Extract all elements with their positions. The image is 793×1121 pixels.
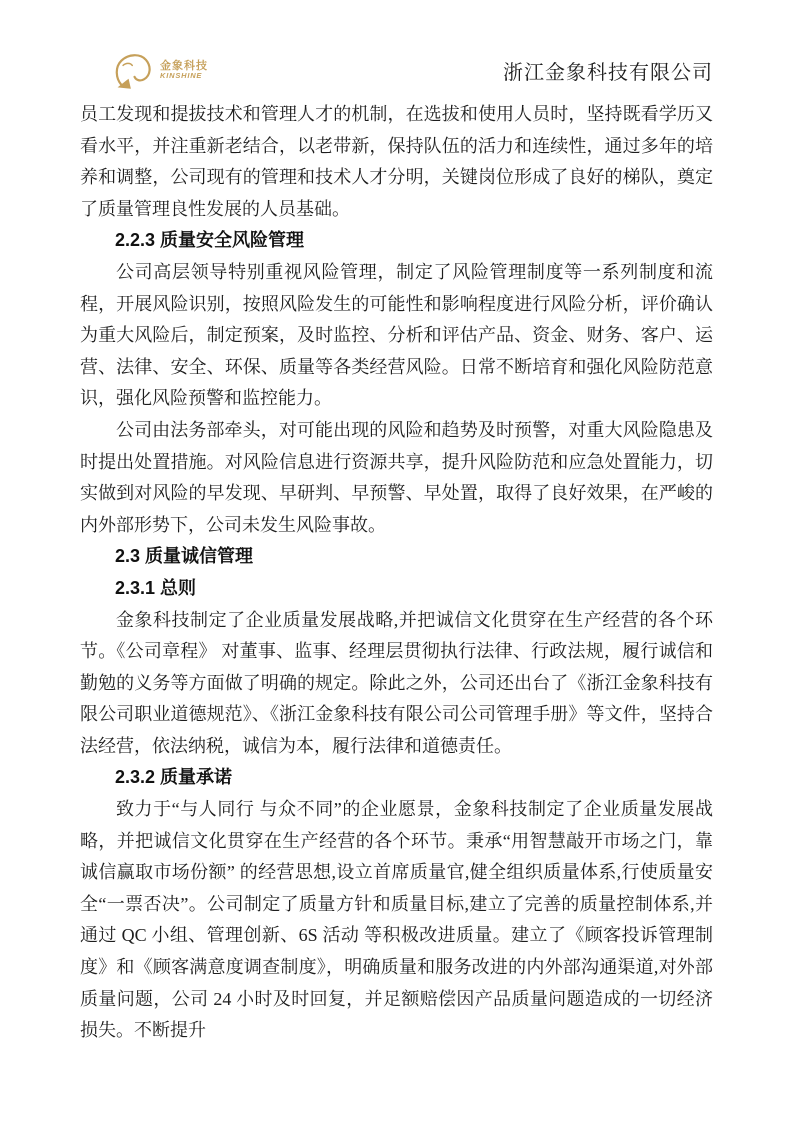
- document-body: 员工发现和提拔技术和管理人才的机制，在选拔和使用人员时，坚持既看学历又看水平，并…: [80, 99, 713, 1047]
- header-company-name: 浙江金象科技有限公司: [503, 56, 713, 85]
- body-paragraph: 员工发现和提拔技术和管理人才的机制，在选拔和使用人员时，坚持既看学历又看水平，并…: [80, 99, 713, 225]
- page-header: 金象科技 KINSHINE 浙江金象科技有限公司: [113, 46, 713, 94]
- body-paragraph: 公司高层领导特别重视风险管理，制定了风险管理制度等一系列制度和流程，开展风险识别…: [80, 257, 713, 415]
- company-logo: 金象科技 KINSHINE: [113, 47, 208, 93]
- document-page: 金象科技 KINSHINE 浙江金象科技有限公司 员工发现和提拔技术和管理人才的…: [0, 0, 793, 1121]
- elephant-logo-icon: [113, 47, 157, 93]
- body-paragraph: 致力于“与人同行 与众不同”的企业愿景，金象科技制定了企业质量发展战略，并把诚信…: [80, 794, 713, 1047]
- section-heading: 2.3 质量诚信管理: [80, 541, 713, 573]
- section-heading: 2.3.1 总则: [80, 573, 713, 605]
- section-heading: 2.3.2 质量承诺: [80, 762, 713, 794]
- logo-text-block: 金象科技 KINSHINE: [160, 60, 208, 80]
- logo-brand-en: KINSHINE: [160, 72, 208, 80]
- body-paragraph: 公司由法务部牵头，对可能出现的风险和趋势及时预警，对重大风险隐患及时提出处置措施…: [80, 415, 713, 541]
- section-heading: 2.2.3 质量安全风险管理: [80, 225, 713, 257]
- body-paragraph: 金象科技制定了企业质量发展战略,并把诚信文化贯穿在生产经营的各个环节。《公司章程…: [80, 605, 713, 763]
